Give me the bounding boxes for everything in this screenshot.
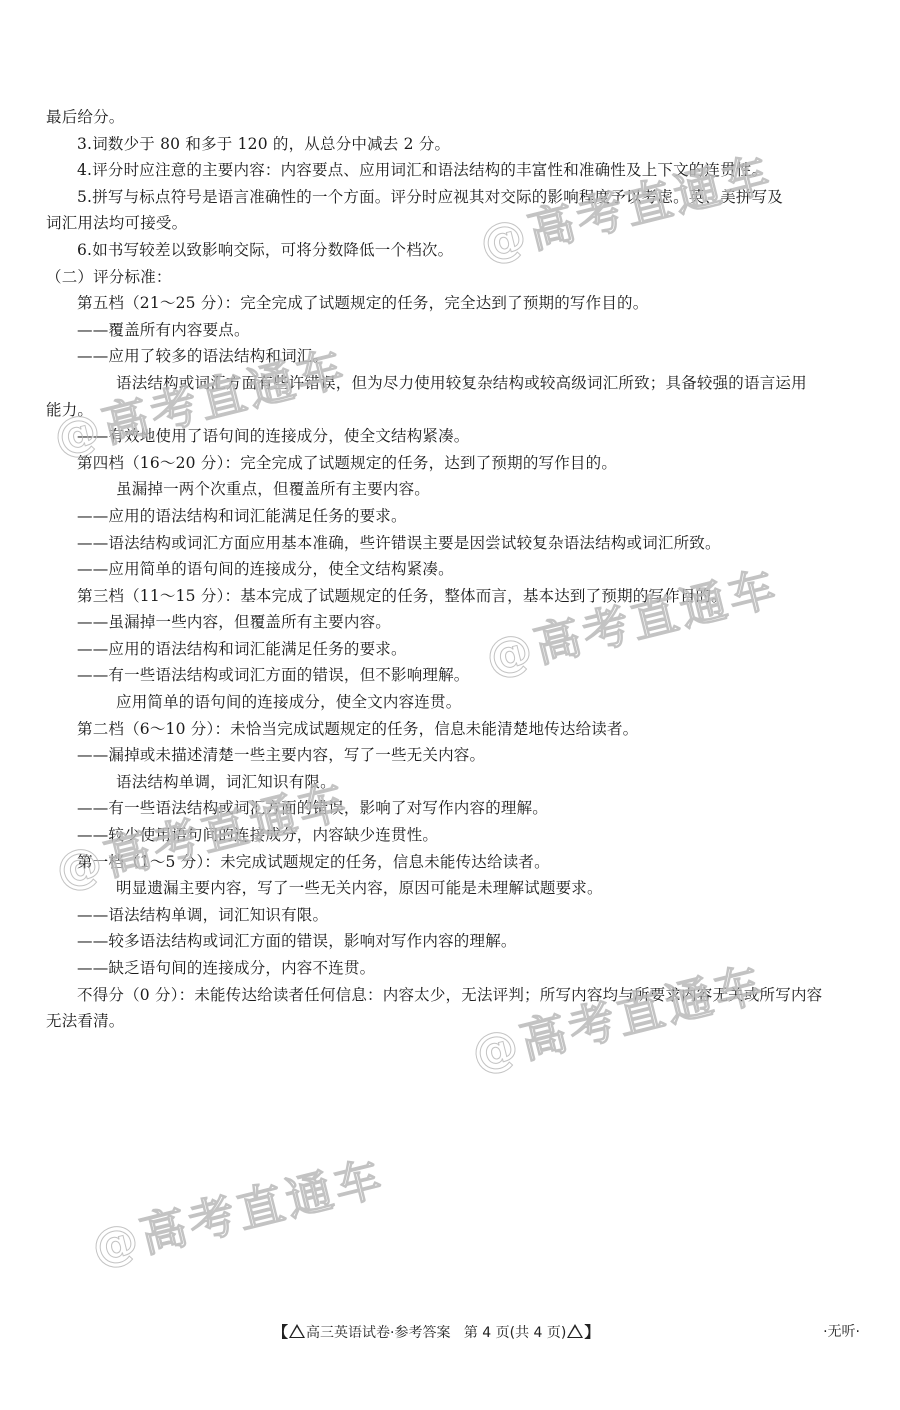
grade-3-heading: 第三档（11～15 分）：基本完成了试题规定的任务，整体而言，基本达到了预期的写… (46, 583, 860, 610)
grade-5-item: 语法结构或词汇方面有些许错误，但为尽力使用较复杂结构或较高级词汇所致；具备较强的… (46, 370, 860, 397)
grade-0-heading-cont: 无法看清。 (46, 1008, 860, 1035)
footer-right-bracket: 】 (584, 1323, 599, 1341)
grade-4-item: ——语法结构或词汇方面应用基本准确，些许错误主要是因尝试较复杂语法结构或词汇所致… (46, 530, 860, 557)
grade-5-item-cont: 能力。 (46, 397, 860, 424)
text-line-rule-6: 6.如书写较差以致影响交际，可将分数降低一个档次。 (46, 237, 860, 264)
grade-2-item: ——有一些语法结构或词汇方面的错误，影响了对写作内容的理解。 (46, 795, 860, 822)
grade-4-heading: 第四档（16～20 分）：完全完成了试题规定的任务，达到了预期的写作目的。 (46, 450, 860, 477)
grade-1-item: ——缺乏语句间的连接成分，内容不连贯。 (46, 955, 860, 982)
grade-5-item: ——覆盖所有内容要点。 (46, 317, 860, 344)
text-line-rule-5: 5.拼写与标点符号是语言准确性的一个方面。评分时应视其对交际的影响程度予以考虑。… (46, 184, 860, 211)
grade-4-item: ——应用的语法结构和词汇能满足任务的要求。 (46, 503, 860, 530)
triangle-icon (567, 1324, 583, 1338)
grade-2-item: ——较少使用语句间的连接成分，内容缺少连贯性。 (46, 822, 860, 849)
grade-5-item: ——应用了较多的语法结构和词汇。 (46, 343, 860, 370)
watermark: @高考直通车 (84, 1141, 391, 1278)
text-line-rule-5-cont: 词汇用法均可接受。 (46, 210, 860, 237)
footer-tag: ·无听· (823, 1321, 860, 1341)
grade-1-item: ——较多语法结构或词汇方面的错误，影响对写作内容的理解。 (46, 928, 860, 955)
grade-1-item: ——语法结构单调，词汇知识有限。 (46, 902, 860, 929)
grade-2-item: ——漏掉或未描述清楚一些主要内容，写了一些无关内容。 (46, 742, 860, 769)
triangle-icon (289, 1324, 305, 1338)
footer-page-number: 第 4 页(共 4 页) (464, 1325, 567, 1341)
grade-3-item: ——虽漏掉一些内容，但覆盖所有主要内容。 (46, 609, 860, 636)
grade-4-item: 虽漏掉一两个次重点，但覆盖所有主要内容。 (46, 476, 860, 503)
text-line: 最后给分。 (46, 104, 860, 131)
grade-4-item: ——应用简单的语句间的连接成分，使全文结构紧凑。 (46, 556, 860, 583)
grade-1-heading: 第一档（1～5 分）：未完成试题规定的任务，信息未能传达给读者。 (46, 849, 860, 876)
footer-exam-title: 高三英语试卷·参考答案 (306, 1325, 450, 1341)
grade-5-item: ——有效地使用了语句间的连接成分，使全文结构紧凑。 (46, 423, 860, 450)
scoring-criteria-text: 最后给分。 3.词数少于 80 和多于 120 的，从总分中减去 2 分。 4.… (46, 104, 860, 1035)
footer-title: 【高三英语试卷·参考答案 第 4 页(共 4 页)】 (273, 1321, 599, 1342)
grade-3-item: ——有一些语法结构或词汇方面的错误，但不影响理解。 (46, 662, 860, 689)
footer-left-bracket: 【 (273, 1323, 288, 1341)
text-line-rule-4: 4.评分时应注意的主要内容：内容要点、应用词汇和语法结构的丰富性和准确性及上下文… (46, 157, 860, 184)
grade-3-item: ——应用的语法结构和词汇能满足任务的要求。 (46, 636, 860, 663)
page-footer: 【高三英语试卷·参考答案 第 4 页(共 4 页)】 ·无听· (0, 1321, 900, 1345)
grade-2-heading: 第二档（6～10 分）：未恰当完成试题规定的任务，信息未能清楚地传达给读者。 (46, 716, 860, 743)
grade-0-heading: 不得分（0 分）：未能传达给读者任何信息：内容太少，无法评判；所写内容均与所要求… (46, 982, 860, 1009)
grade-2-item: 语法结构单调，词汇知识有限。 (46, 769, 860, 796)
grade-5-heading: 第五档（21～25 分）：完全完成了试题规定的任务，完全达到了预期的写作目的。 (46, 290, 860, 317)
section-heading-scoring-standard: （二）评分标准： (46, 264, 860, 291)
document-page: 最后给分。 3.词数少于 80 和多于 120 的，从总分中减去 2 分。 4.… (0, 0, 900, 1410)
grade-1-item: 明显遗漏主要内容，写了一些无关内容，原因可能是未理解试题要求。 (46, 875, 860, 902)
text-line-rule-3: 3.词数少于 80 和多于 120 的，从总分中减去 2 分。 (46, 131, 860, 158)
grade-3-item: 应用简单的语句间的连接成分，使全文内容连贯。 (46, 689, 860, 716)
